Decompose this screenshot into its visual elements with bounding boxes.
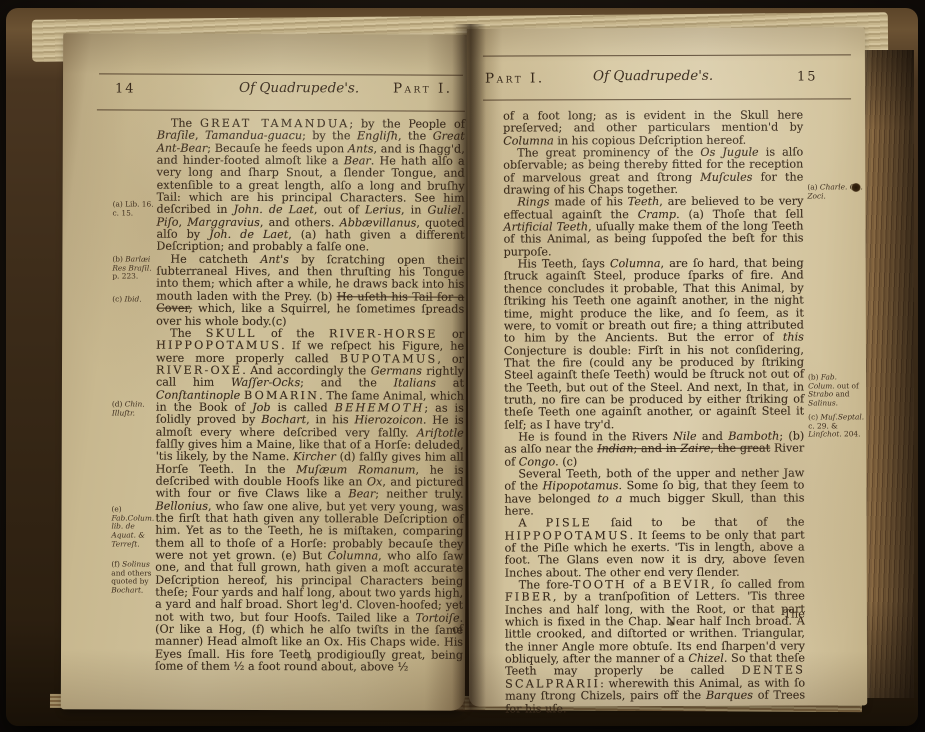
margin-note: (c) Ibid.: [112, 295, 154, 304]
paragraph: Several Teeth, both of the upper and net…: [504, 467, 804, 517]
paragraph: The great prominency of the Os Jugule is…: [503, 147, 803, 197]
left-page-number: 14: [115, 81, 136, 96]
running-title: Of Quadrupede's.: [239, 80, 359, 96]
part-label: Part I.: [393, 80, 453, 96]
margin-note: (a) Lib. 16. c. 15.: [113, 200, 155, 218]
left-page-header: 14 Of Quadrupede's. Part I.: [63, 33, 467, 34]
left-page: 14 Of Quadrupede's. Part I. (a) Lib. 16.…: [61, 33, 467, 710]
paragraph: His Teeth, ſays Columna, are ſo hard, th…: [504, 258, 805, 432]
paragraph: Rings made of his Teeth, are believed to…: [503, 196, 803, 259]
paragraph: of a foot long; as is evident in the Sku…: [503, 110, 803, 148]
paragraph: The GREAT TAMANDUA; by the People of Bra…: [156, 118, 464, 255]
header-rule-bottom: [483, 98, 851, 100]
paragraph: He catcheth Ant's by ſcratching open the…: [156, 253, 464, 328]
gutter-shadow: [452, 24, 486, 712]
foxing-spot: [306, 656, 312, 661]
right-page-text: of a foot long; as is evident in the Sku…: [503, 110, 805, 716]
header-rule-top: [99, 73, 463, 75]
catchword: of: [155, 622, 463, 636]
margin-note: (d) Chin. Illuſtr.: [112, 400, 154, 418]
running-title: Of Quadrupede's.: [593, 68, 713, 84]
book-photograph: 14 Of Quadrupede's. Part I. (a) Lib. 16.…: [0, 0, 925, 732]
right-margin-notes: (a) Charle. On. Zoci.(b) Fab. Colum. out…: [467, 27, 865, 28]
paragraph: A PISLE ſaid to be that of the HIPPOPOTA…: [505, 517, 805, 580]
paragraph: He is found in the Rivers Nile and Bambo…: [504, 430, 804, 468]
part-label: Part I.: [485, 70, 545, 86]
right-page: Part I. Of Quadrupede's. 15 (a) Charle. …: [467, 27, 867, 706]
left-margin-notes: (a) Lib. 16. c. 15.(b) Barlæi Res Braſil…: [63, 33, 467, 34]
margin-note: (c) Muſ.Septal. c. 29. & Linſchot. 204.: [808, 413, 864, 439]
catchword: The: [505, 608, 805, 622]
header-rule-top: [483, 54, 851, 56]
paragraph: The fore-TOOTH of a BEVIR, ſo called fro…: [505, 579, 805, 716]
margin-note: (e) Fab.Colum. lib. de Aquat. & Terreſt.: [111, 505, 153, 549]
right-page-header: Part I. Of Quadrupede's. 15: [467, 27, 865, 28]
margin-note: (b) Fab. Colum. out of Strabo and Salinu…: [808, 373, 864, 408]
margin-note: (b) Barlæi Res Braſil. p. 223.: [112, 255, 154, 281]
margin-note: (f) Solinus and others quoted by Bochart…: [111, 560, 153, 595]
header-rule-bottom: [97, 109, 465, 111]
left-page-text: The GREAT TAMANDUA; by the People of Bra…: [155, 118, 465, 675]
right-page-number: 15: [797, 69, 818, 84]
ink-blot: [851, 183, 861, 192]
book: 14 Of Quadrupede's. Part I. (a) Lib. 16.…: [6, 8, 918, 726]
foxing-spot: [669, 621, 674, 626]
